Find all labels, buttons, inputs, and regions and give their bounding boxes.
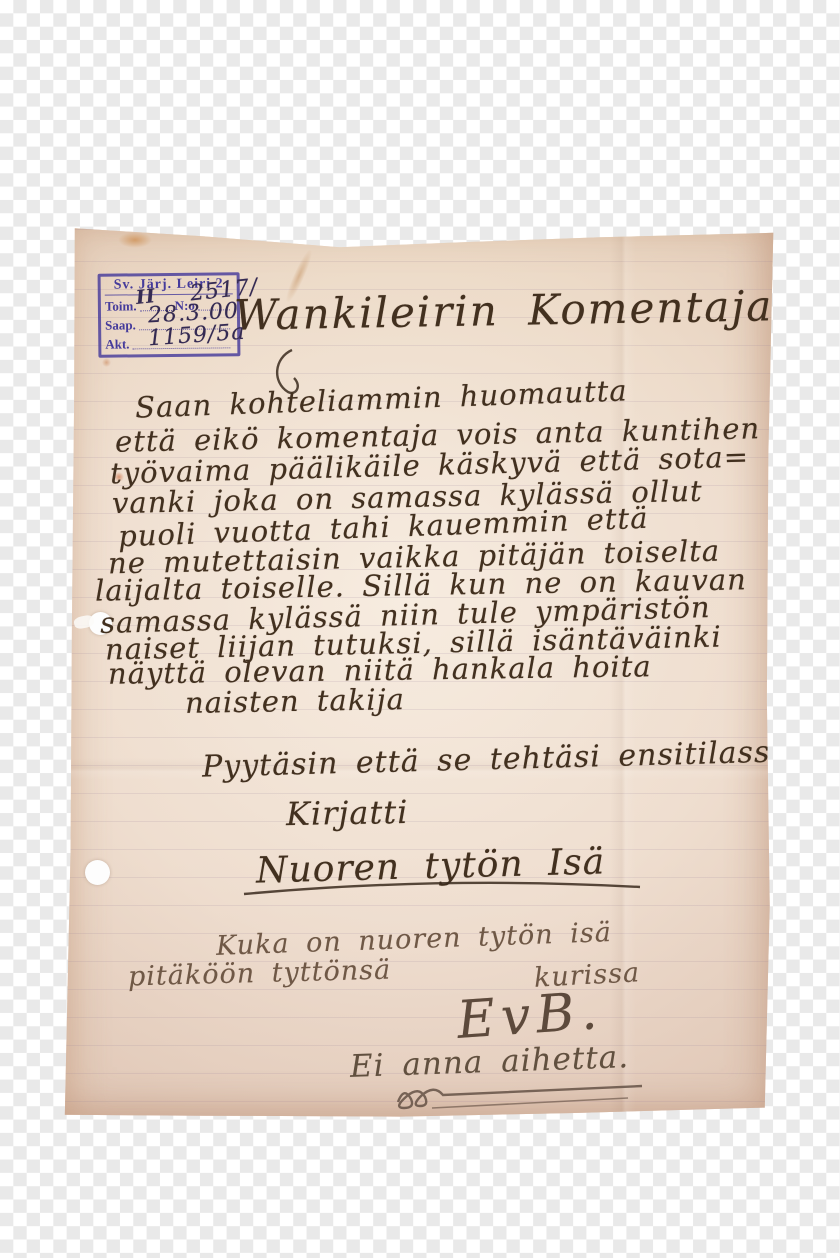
stamp-label-toim: Toim. — [105, 298, 137, 314]
paper-stain — [118, 232, 152, 248]
letter-closing: Kirjatti — [286, 793, 409, 833]
stamp-label-akt: Akt. — [105, 336, 129, 352]
stamp-label-saap: Saap. — [105, 317, 136, 333]
punch-hole — [85, 860, 110, 885]
letter-heading: Wankileirin Komentaja — [234, 281, 774, 339]
signature-underline — [242, 880, 646, 900]
letter-paper: Sv. Järj. Leiri 2 Toim. N:o Saap. Akt. I… — [62, 222, 774, 1122]
transparency-checkerboard: Sv. Järj. Leiri 2 Toim. N:o Saap. Akt. I… — [0, 0, 840, 1258]
letter-body-line: naisten takija — [185, 682, 405, 720]
paper-stain — [102, 358, 111, 367]
signature-scribble — [392, 1078, 662, 1118]
